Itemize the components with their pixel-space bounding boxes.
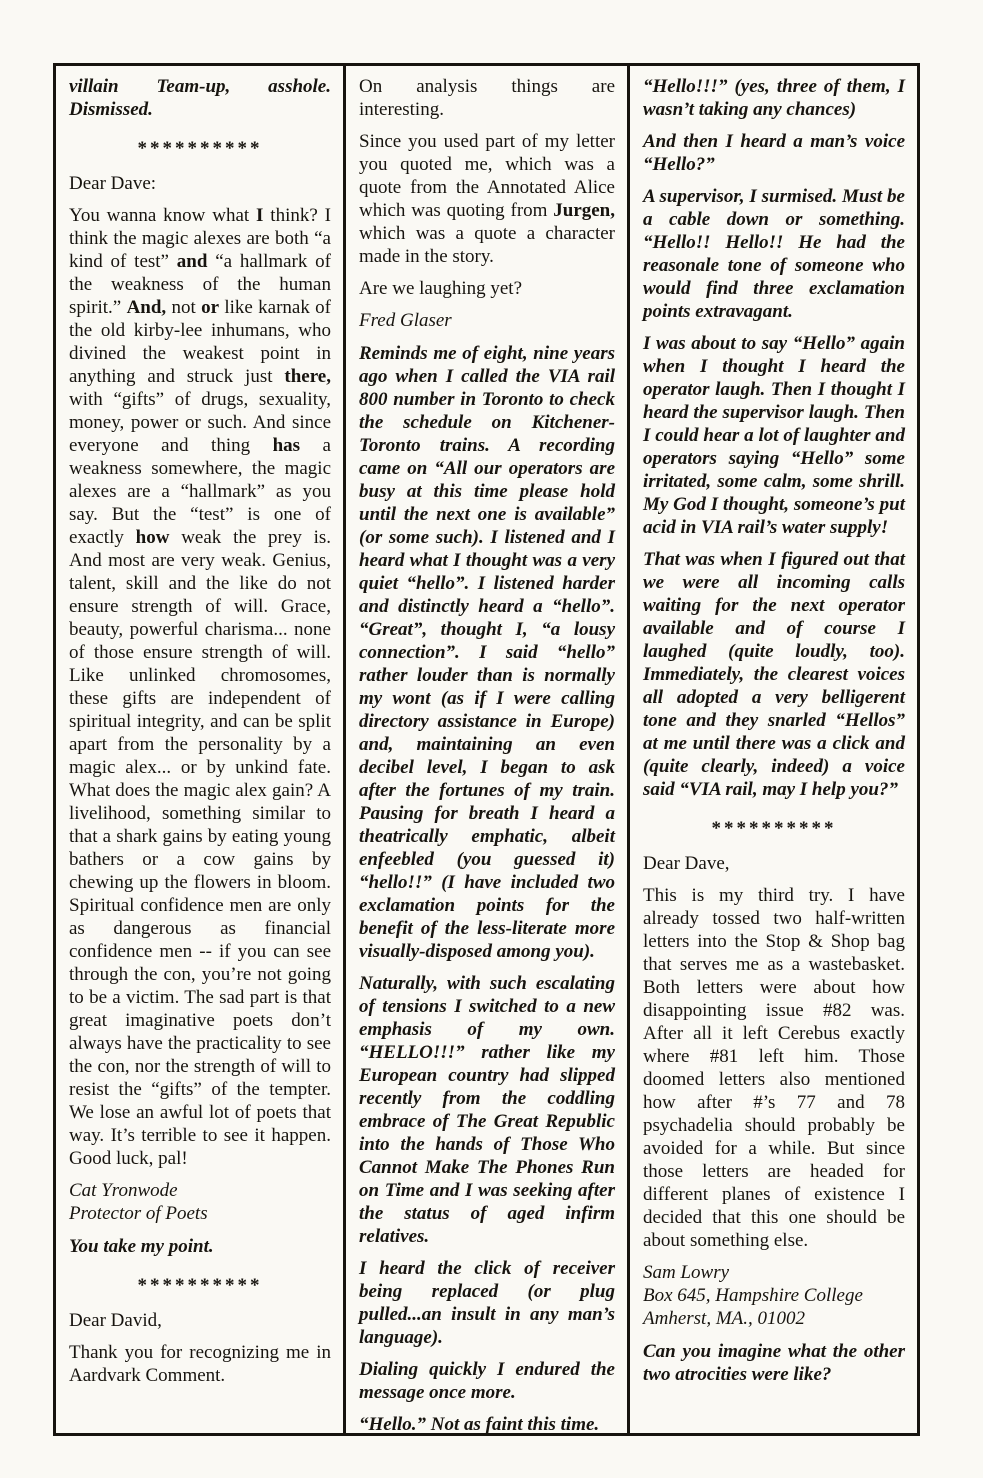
- text-run: This is my third try. I have already tos…: [643, 885, 905, 1251]
- text-run: Reminds me of eight, nine years ago when…: [359, 343, 615, 962]
- text-run: Are we laughing yet?: [359, 278, 522, 299]
- editor-reply-paragraph: Can you imagine what the other two atroc…: [643, 1340, 905, 1386]
- bold-emphasis: how: [136, 527, 170, 548]
- scanned-letters-page: villain Team-up, asshole. Dismissed.****…: [0, 0, 983, 1478]
- letter-paragraph: Since you used part of my letter you quo…: [359, 130, 615, 268]
- letter-paragraph: This is my third try. I have already tos…: [643, 884, 905, 1252]
- letter-paragraph: You wanna know what I think? I think the…: [69, 204, 331, 1170]
- editor-reply-paragraph: Naturally, with such escalating of tensi…: [359, 972, 615, 1248]
- star-separator: **********: [643, 817, 905, 840]
- text-run: Dear Dave:: [69, 173, 156, 194]
- text-run: I heard the click of receiver being repl…: [359, 1258, 615, 1348]
- letter-paragraph: On analysis things are interesting.: [359, 75, 615, 121]
- text-run: On analysis things are interesting.: [359, 76, 615, 120]
- text-run: A supervisor, I surmised. Must be a cabl…: [643, 186, 905, 322]
- editor-reply-paragraph: “Hello.” Not as faint this time.: [359, 1413, 615, 1433]
- editor-reply-paragraph: I was about to say “Hello” again when I …: [643, 332, 905, 539]
- text-run: not: [166, 297, 201, 318]
- editor-reply-paragraph: Reminds me of eight, nine years ago when…: [359, 342, 615, 963]
- signature: Fred Glaser: [359, 309, 615, 332]
- text-run: Can you imagine what the other two atroc…: [643, 1341, 905, 1385]
- text-run: Dear David,: [69, 1310, 162, 1331]
- salutation: Dear David,: [69, 1309, 331, 1332]
- bold-emphasis: has: [273, 435, 300, 456]
- text-run: You wanna know what: [69, 205, 256, 226]
- column-3: “Hello!!!” (yes, three of them, I wasn’t…: [630, 66, 917, 1433]
- text-run: “Hello!!!” (yes, three of them, I wasn’t…: [643, 76, 905, 120]
- bold-emphasis: or: [201, 297, 219, 318]
- editor-reply-paragraph: And then I heard a man’s voice “Hello?”: [643, 130, 905, 176]
- salutation: Dear Dave:: [69, 172, 331, 195]
- bold-emphasis: there,: [284, 366, 331, 387]
- text-run: Dialing quickly I endured the message on…: [359, 1359, 615, 1403]
- salutation: Dear Dave,: [643, 852, 905, 875]
- bold-emphasis: and: [177, 251, 208, 272]
- text-run: I was about to say “Hello” again when I …: [643, 333, 905, 538]
- signature: Cat Yronwode Protector of Poets: [69, 1179, 331, 1225]
- signature: Sam Lowry Box 645, Hampshire College Amh…: [643, 1261, 905, 1330]
- text-run: Dear Dave,: [643, 853, 730, 874]
- column-1: villain Team-up, asshole. Dismissed.****…: [56, 66, 343, 1433]
- column-2: On analysis things are interesting.Since…: [343, 66, 630, 1433]
- text-run: weak the prey is. And most are very weak…: [69, 527, 331, 1169]
- letters-column-box: villain Team-up, asshole. Dismissed.****…: [53, 63, 920, 1436]
- text-run: which was a quote a character made in th…: [359, 223, 615, 267]
- letter-paragraph: Thank you for recognizing me in Aardvark…: [69, 1341, 331, 1387]
- text-run: You take my point.: [69, 1236, 214, 1257]
- bold-emphasis: Jurgen,: [553, 200, 615, 221]
- editor-reply-paragraph: villain Team-up, asshole. Dismissed.: [69, 75, 331, 121]
- star-separator: **********: [69, 1274, 331, 1297]
- text-run: “Hello.” Not as faint this time.: [359, 1414, 599, 1433]
- text-run: Thank you for recognizing me in Aardvark…: [69, 1342, 331, 1386]
- text-run: villain Team-up, asshole. Dismissed.: [69, 76, 331, 120]
- text-run: Naturally, with such escalating of tensi…: [359, 973, 615, 1247]
- text-run: And then I heard a man’s voice “Hello?”: [643, 131, 905, 175]
- editor-reply-paragraph: I heard the click of receiver being repl…: [359, 1257, 615, 1349]
- editor-reply-paragraph: Dialing quickly I endured the message on…: [359, 1358, 615, 1404]
- bold-emphasis: And,: [127, 297, 167, 318]
- editor-reply-paragraph: You take my point.: [69, 1235, 331, 1258]
- editor-reply-paragraph: That was when I figured out that we were…: [643, 548, 905, 801]
- star-separator: **********: [69, 137, 331, 160]
- text-run: That was when I figured out that we were…: [643, 549, 905, 800]
- editor-reply-paragraph: A supervisor, I surmised. Must be a cabl…: [643, 185, 905, 323]
- letter-paragraph: Are we laughing yet?: [359, 277, 615, 300]
- editor-reply-paragraph: “Hello!!!” (yes, three of them, I wasn’t…: [643, 75, 905, 121]
